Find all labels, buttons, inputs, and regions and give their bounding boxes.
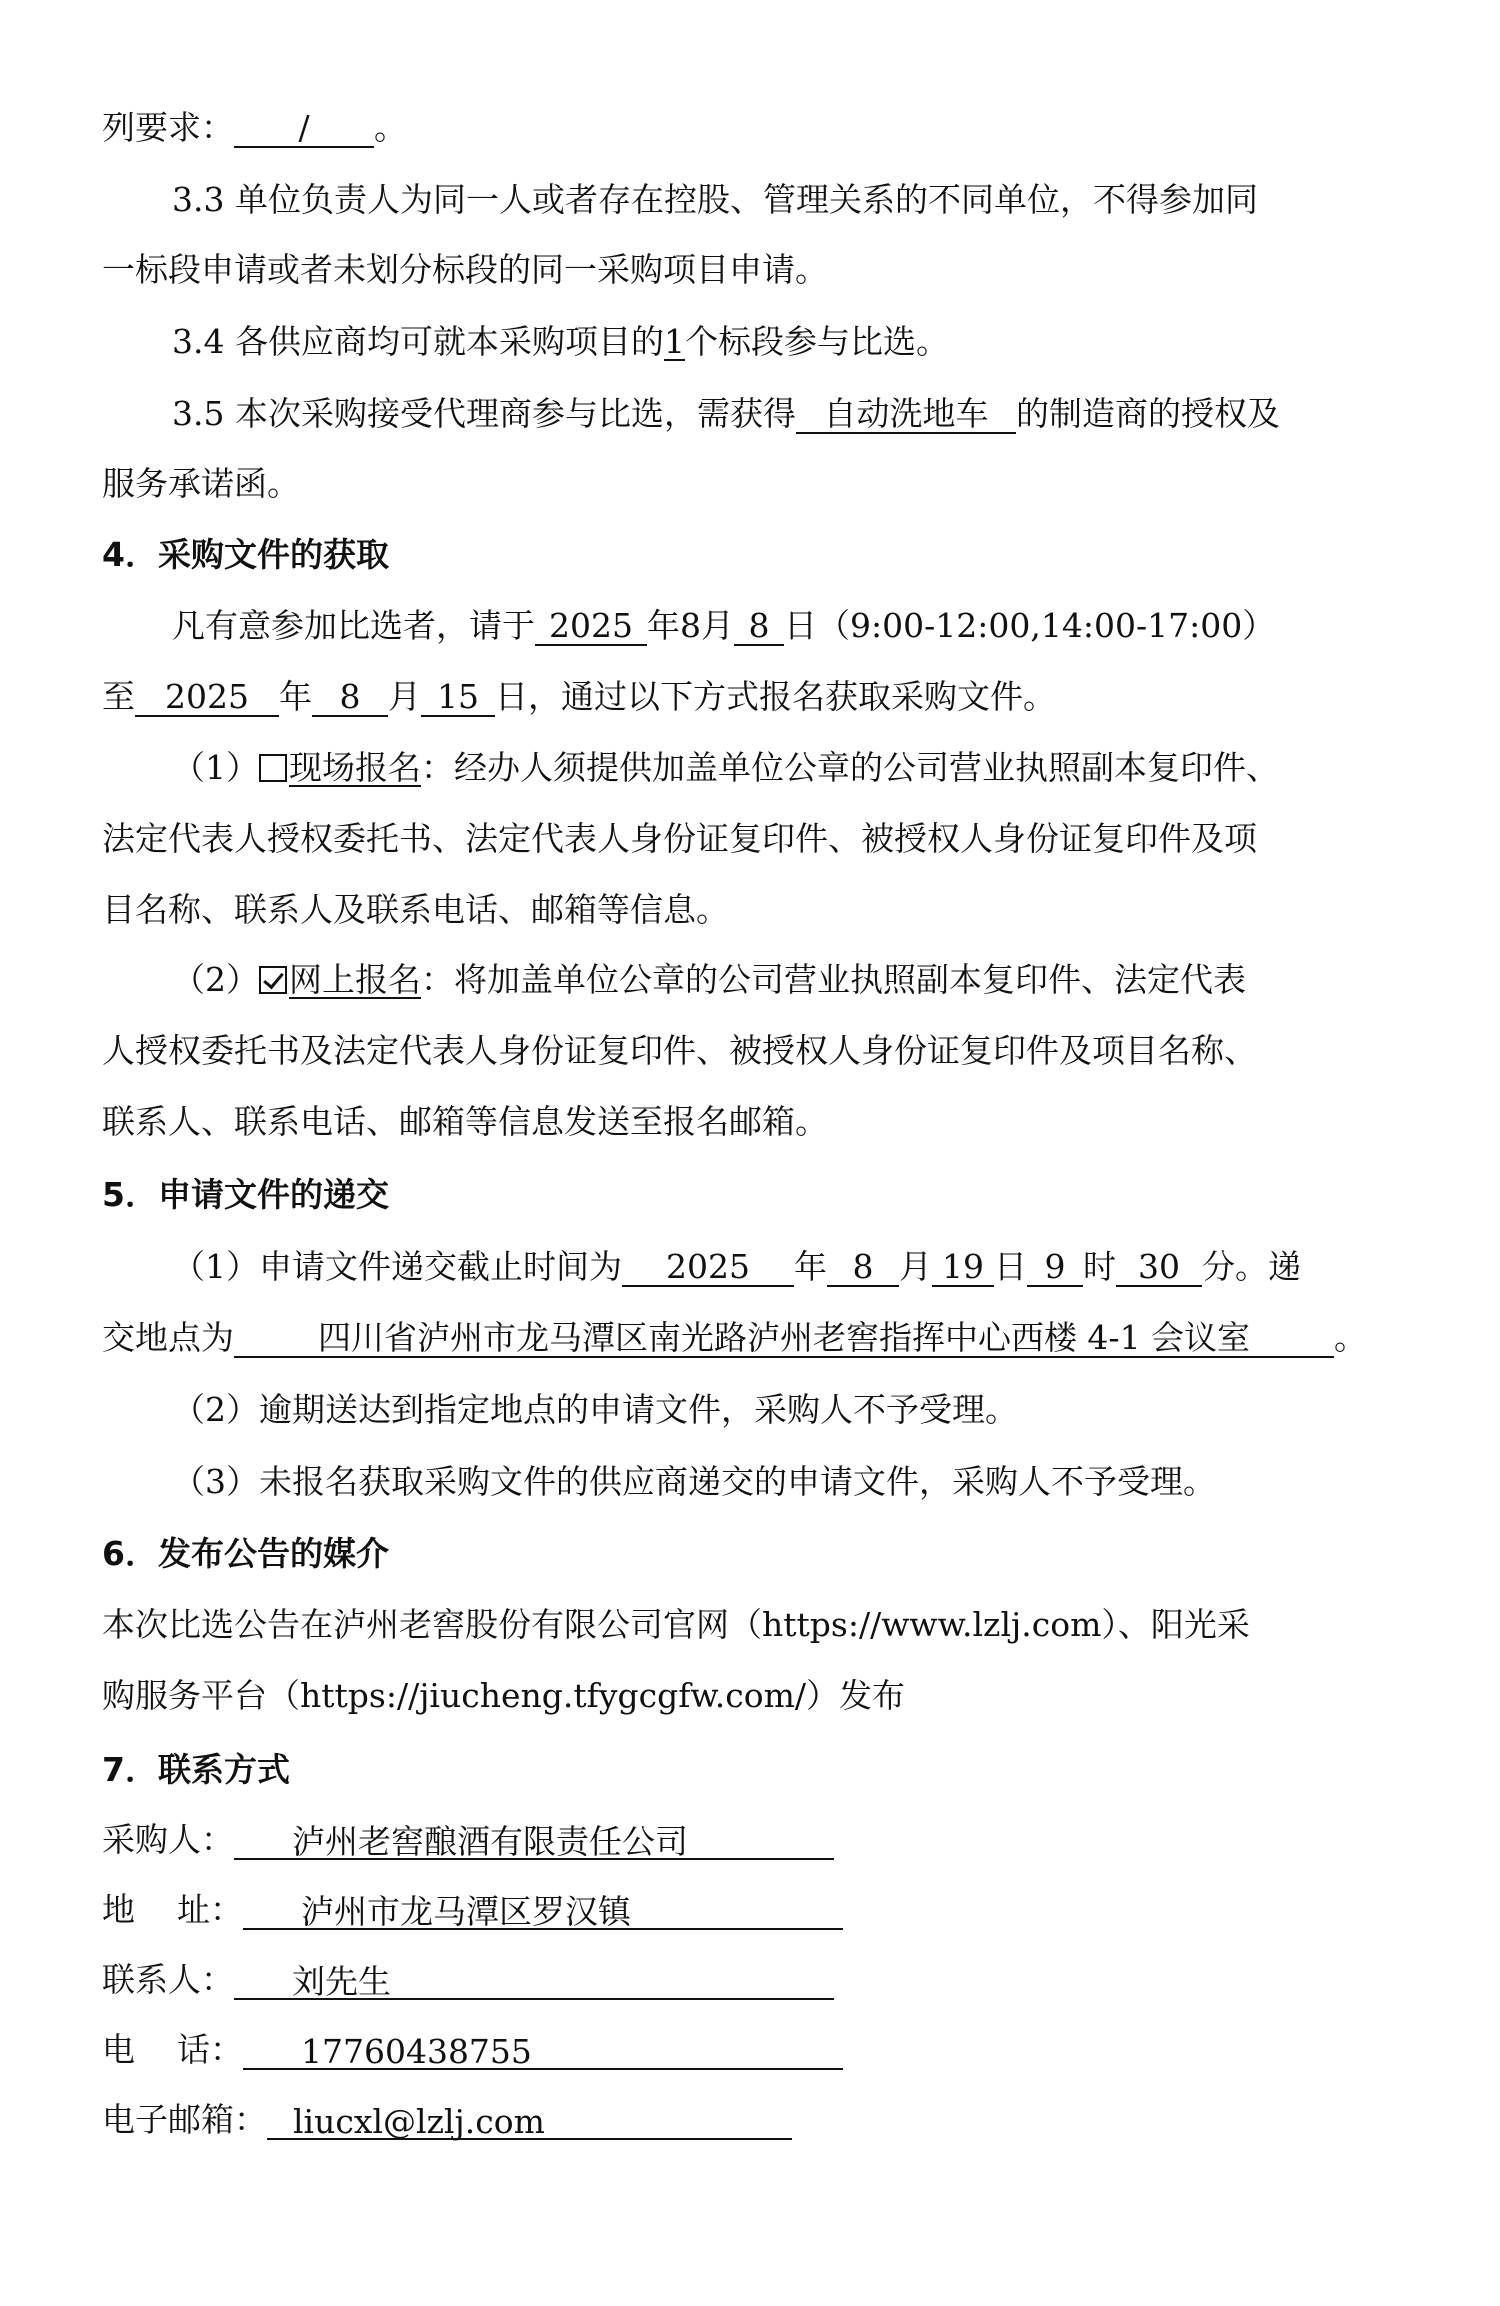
month-label: 月 [388, 677, 421, 716]
clause-3-5-line1: 3.5 本次采购接受代理商参与比选，需获得自动洗地车的制造商的授权及 [172, 394, 1280, 434]
option-online-text: 将加盖单位公章的公司营业执照副本复印件、法定代表 [454, 960, 1246, 999]
day-label: 日 [994, 1247, 1027, 1286]
section-6-heading: 6．发布公告的媒介 [102, 1534, 389, 1574]
clause-3-5-line2: 服务承诺函。 [102, 464, 300, 504]
deadline-line2: 交地点为四川省泸州市龙马潭区南光路泸州老窖指挥中心西楼 4-1 会议室。 [102, 1318, 1367, 1358]
deadline-prefix: （1）申请文件递交截止时间为 [172, 1247, 622, 1286]
clause-3-4-suffix: 个标段参与比选。 [685, 322, 949, 361]
section-5-heading: 5．申请文件的递交 [102, 1175, 389, 1215]
clause-3-4-prefix: 3.4 各供应商均可就本采购项目的 [172, 322, 664, 361]
purchaser-row: 采购人：泸州老窖酿酒有限责任公司 [102, 1820, 834, 1860]
media-line2: 购服务平台（https://jiucheng.tfygcgfw.com/）发布 [102, 1676, 905, 1716]
requirement-label: 列要求： [102, 108, 234, 147]
option-online-line2: 人授权委托书及法定代表人身份证复印件、被授权人身份证复印件及项目名称、 [102, 1031, 1257, 1071]
deadline-minute: 30 [1116, 1247, 1202, 1287]
start-year: 2025 [535, 606, 647, 646]
start-month: 8 [680, 606, 701, 645]
location-prefix: 交地点为 [102, 1318, 234, 1357]
office-hours: （9:00-12:00,14:00-17:00） [817, 606, 1275, 645]
onsite-registration-label: 现场报名 [289, 748, 421, 787]
clause-3-4: 3.4 各供应商均可就本采购项目的1个标段参与比选。 [172, 322, 949, 362]
submission-location: 四川省泸州市龙马潭区南光路泸州老窖指挥中心西楼 4-1 会议室 [234, 1318, 1334, 1358]
end-year: 2025 [135, 677, 279, 717]
deadline-line1: （1）申请文件递交截止时间为2025年8月19日9时30分。递 [172, 1247, 1301, 1287]
month-label: 月 [899, 1247, 932, 1286]
phone-label: 电 话： [102, 2030, 243, 2069]
year-label: 年 [279, 677, 312, 716]
month-label: 月 [701, 606, 734, 645]
end-month: 8 [312, 677, 388, 717]
late-submission-rule: （2）逾期送达到指定地点的申请文件，采购人不予受理。 [172, 1390, 1018, 1430]
clause-3-3-line1: 3.3 单位负责人为同一人或者存在控股、管理关系的不同单位，不得参加同 [172, 180, 1258, 220]
purchaser-value: 泸州老窖酿酒有限责任公司 [234, 1822, 834, 1860]
deadline-year: 2025 [622, 1247, 794, 1287]
email-value: liucxl@lzlj.com [267, 2102, 792, 2140]
deadline-month: 8 [827, 1247, 899, 1287]
option-online-line1: （2）网上报名：将加盖单位公章的公司营业执照副本复印件、法定代表 [172, 960, 1246, 1000]
option-onsite-line1: （1）现场报名：经办人须提供加盖单位公章的公司营业执照副本复印件、 [172, 748, 1279, 788]
address-value: 泸州市龙马潭区罗汉镇 [243, 1892, 843, 1930]
intro-tail: 日，通过以下方式报名获取采购文件。 [495, 677, 1056, 716]
clause-3-3-line2: 一标段申请或者未划分标段的同一采购项目申请。 [102, 250, 828, 290]
product-name: 自动洗地车 [796, 394, 1016, 434]
section-4-intro-line1: 凡有意参加比选者，请于2025年8月8日（9:00-12:00,14:00-17… [172, 606, 1275, 646]
lot-count: 1 [664, 322, 685, 361]
contact-row: 联系人：刘先生 [102, 1960, 834, 2000]
contact-label: 联系人： [102, 1960, 234, 1999]
start-day: 8 [734, 606, 784, 646]
day-label: 日 [784, 606, 817, 645]
intro-text: 凡有意参加比选者，请于 [172, 606, 535, 645]
phone-row: 电 话：17760438755 [102, 2030, 843, 2070]
requirement-line: 列要求：/。 [102, 108, 407, 148]
section-4-heading: 4．采购文件的获取 [102, 535, 389, 575]
minute-label: 分。递 [1202, 1247, 1301, 1286]
option-online-number: （2） [172, 960, 259, 999]
colon: ： [421, 748, 454, 787]
colon: ： [421, 960, 454, 999]
clause-3-5-prefix: 3.5 本次采购接受代理商参与比选，需获得 [172, 394, 796, 433]
onsite-checkbox[interactable] [259, 754, 287, 782]
unregistered-rule: （3）未报名获取采购文件的供应商递交的申请文件，采购人不予受理。 [172, 1462, 1216, 1502]
address-label: 地 址： [102, 1890, 243, 1929]
address-row: 地 址：泸州市龙马潭区罗汉镇 [102, 1890, 843, 1930]
online-checkbox-checked[interactable] [259, 966, 287, 994]
option-onsite-number: （1） [172, 748, 259, 787]
deadline-hour: 9 [1027, 1247, 1083, 1287]
contact-value: 刘先生 [234, 1962, 834, 2000]
purchaser-label: 采购人： [102, 1820, 234, 1859]
phone-value: 17760438755 [243, 2032, 843, 2070]
period: 。 [374, 108, 407, 147]
email-row: 电子邮箱：liucxl@lzlj.com [102, 2100, 792, 2140]
option-online-line3: 联系人、联系电话、邮箱等信息发送至报名邮箱。 [102, 1102, 828, 1142]
year-label: 年 [647, 606, 680, 645]
deadline-day: 19 [932, 1247, 994, 1287]
end-day: 15 [421, 677, 495, 717]
period: 。 [1334, 1318, 1367, 1357]
hour-label: 时 [1083, 1247, 1116, 1286]
option-onsite-line2: 法定代表人授权委托书、法定代表人身份证复印件、被授权人身份证复印件及项 [102, 819, 1257, 859]
requirement-blank: / [234, 108, 374, 148]
option-onsite-line3: 目名称、联系人及联系电话、邮箱等信息。 [102, 890, 729, 930]
option-onsite-text: 经办人须提供加盖单位公章的公司营业执照副本复印件、 [454, 748, 1279, 787]
section-7-heading: 7．联系方式 [102, 1750, 290, 1790]
section-4-intro-line2: 至2025年8月15日，通过以下方式报名获取采购文件。 [102, 677, 1056, 717]
media-line1: 本次比选公告在泸州老窖股份有限公司官网（https://www.lzlj.com… [102, 1605, 1250, 1645]
year-label: 年 [794, 1247, 827, 1286]
online-registration-label: 网上报名 [289, 960, 421, 999]
email-label: 电子邮箱： [102, 2100, 267, 2139]
clause-3-5-suffix: 的制造商的授权及 [1016, 394, 1280, 433]
to-label: 至 [102, 677, 135, 716]
